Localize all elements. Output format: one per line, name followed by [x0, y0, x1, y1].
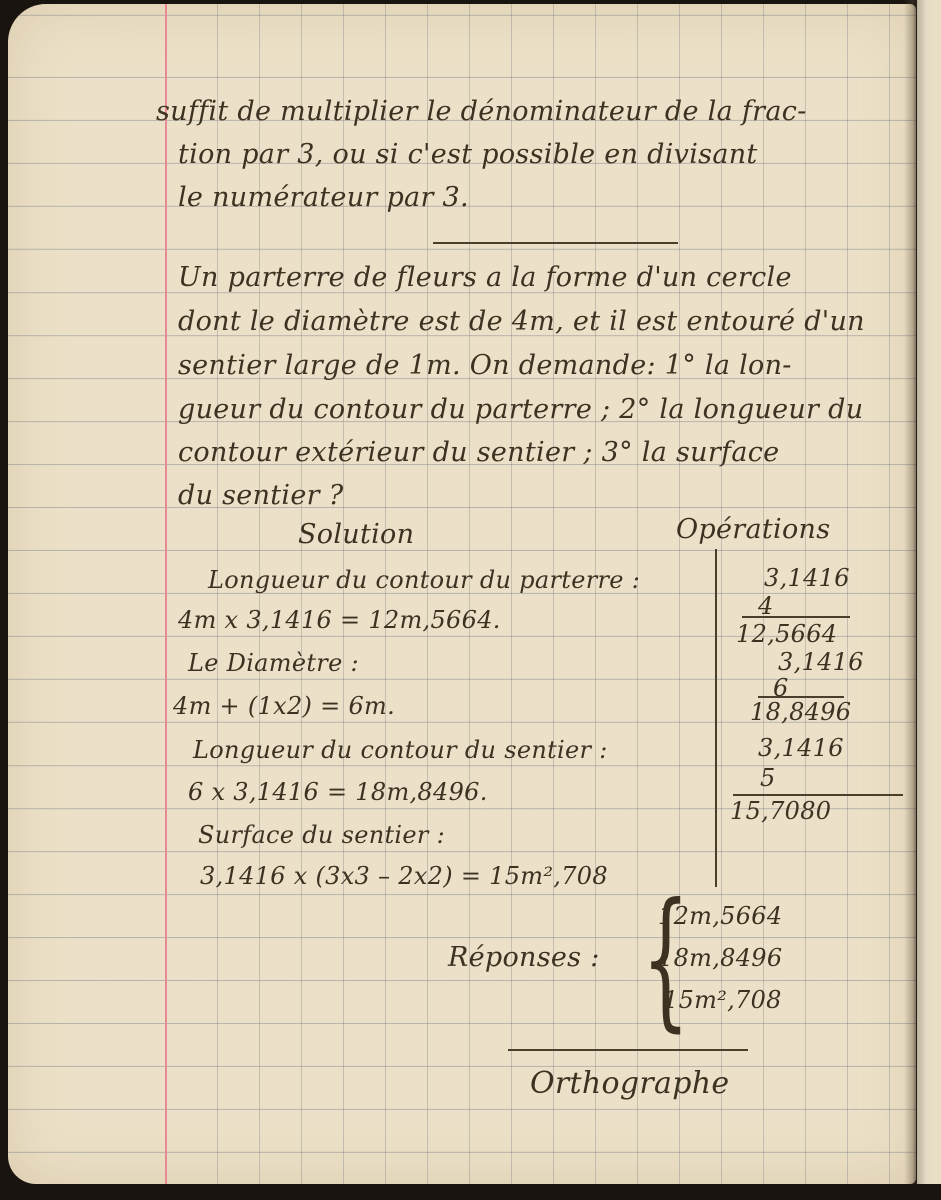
step-1-label: Longueur du contour du parterre :	[208, 566, 640, 594]
vertical-grid	[168, 4, 916, 1184]
problem-line-3: sentier large de 1m. On demande: 1° la l…	[178, 350, 792, 381]
operations-divider	[715, 549, 717, 887]
problem-line-4: gueur du contour du parterre ; 2° la lon…	[178, 394, 863, 425]
step-3-calc: 6 x 3,1416 = 18m,8496.	[188, 778, 488, 806]
intro-line-2: tion par 3, ou si c'est possible en divi…	[178, 139, 758, 170]
op1-rule	[742, 616, 850, 618]
intro-line-1: suffit de multiplier le dénominateur de …	[156, 96, 807, 127]
op1-result: 12,5664	[736, 620, 837, 648]
op3-multiplicand: 3,1416	[758, 734, 844, 762]
op3-result: 15,7080	[730, 797, 831, 825]
step-1-calc: 4m x 3,1416 = 12m,5664.	[178, 606, 501, 634]
step-4-calc: 3,1416 x (3x3 – 2x2) = 15m²,708	[200, 862, 608, 890]
op2-multiplicand: 3,1416	[778, 648, 864, 676]
operations-heading: Opérations	[676, 514, 830, 545]
answers-label: Réponses :	[448, 942, 600, 973]
op1-multiplicand: 3,1416	[764, 564, 850, 592]
notebook-page: suffit de multiplier le dénominateur de …	[8, 4, 916, 1184]
answer-3: 15m²,708	[663, 986, 782, 1014]
binding-fold	[904, 0, 918, 1184]
op3-multiplier: 5	[760, 764, 776, 792]
problem-line-1: Un parterre de fleurs a la forme d'un ce…	[178, 262, 792, 293]
margin-line	[165, 4, 167, 1184]
step-2-label: Le Diamètre :	[188, 649, 359, 677]
op2-result: 18,8496	[750, 698, 851, 726]
solution-heading: Solution	[298, 519, 414, 550]
adjacent-page-edge	[917, 0, 941, 1184]
answer-1: 12m,5664	[658, 902, 782, 930]
op3-rule	[733, 794, 903, 796]
step-3-label: Longueur du contour du sentier :	[193, 736, 608, 764]
answer-2: 18m,8496	[658, 944, 782, 972]
problem-line-5: contour extérieur du sentier ; 3° la sur…	[178, 437, 779, 468]
problem-line-2: dont le diamètre est de 4m, et il est en…	[178, 306, 865, 337]
orthographe-heading: Orthographe	[530, 1066, 729, 1101]
section-divider	[433, 242, 678, 244]
problem-line-6: du sentier ?	[178, 480, 344, 511]
section-divider-2	[508, 1049, 748, 1051]
intro-line-3: le numérateur par 3.	[178, 182, 469, 213]
step-4-label: Surface du sentier :	[198, 821, 445, 849]
step-2-calc: 4m + (1x2) = 6m.	[173, 692, 395, 720]
